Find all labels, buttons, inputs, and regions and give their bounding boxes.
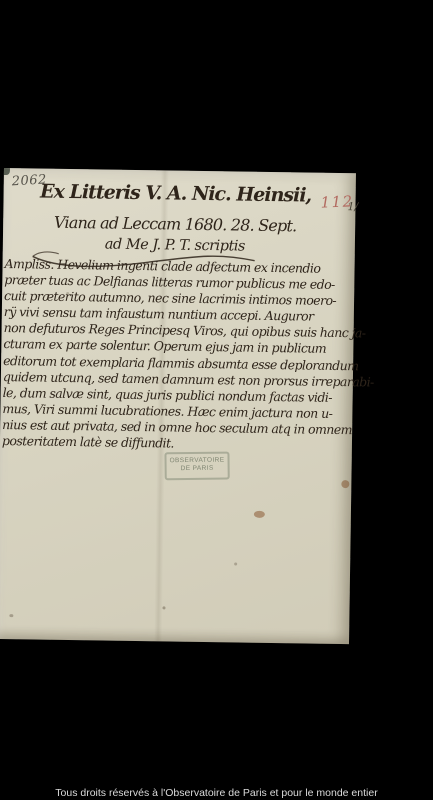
foxing-spot <box>341 480 349 488</box>
foxing-spot <box>162 606 165 609</box>
stamp-line-1: OBSERVATOIRE <box>167 457 228 466</box>
heading-line-1: Ex Litteris V. A. Nic. Heinsii, <box>3 180 347 217</box>
letter-body: Ampliss. Hevelium ingenti clade adfectum… <box>2 256 354 454</box>
corner-mark <box>4 168 10 175</box>
foxing-spot <box>254 511 265 518</box>
edge-mark: 1/ <box>347 200 358 213</box>
foxing-spot <box>234 562 237 565</box>
copyright-caption: Tous droits réservés à l'Observatoire de… <box>0 787 433 799</box>
foxing-spot <box>66 292 69 295</box>
stamp-line-2: DE PARIS <box>167 465 228 474</box>
foxing-spot <box>9 614 13 617</box>
manuscript-page: 2062 112 1/ Ex Litteris V. A. Nic. Heins… <box>0 168 356 644</box>
viewer-background: 2062 112 1/ Ex Litteris V. A. Nic. Heins… <box>0 0 433 800</box>
observatoire-stamp: OBSERVATOIRE DE PARIS <box>164 452 229 481</box>
